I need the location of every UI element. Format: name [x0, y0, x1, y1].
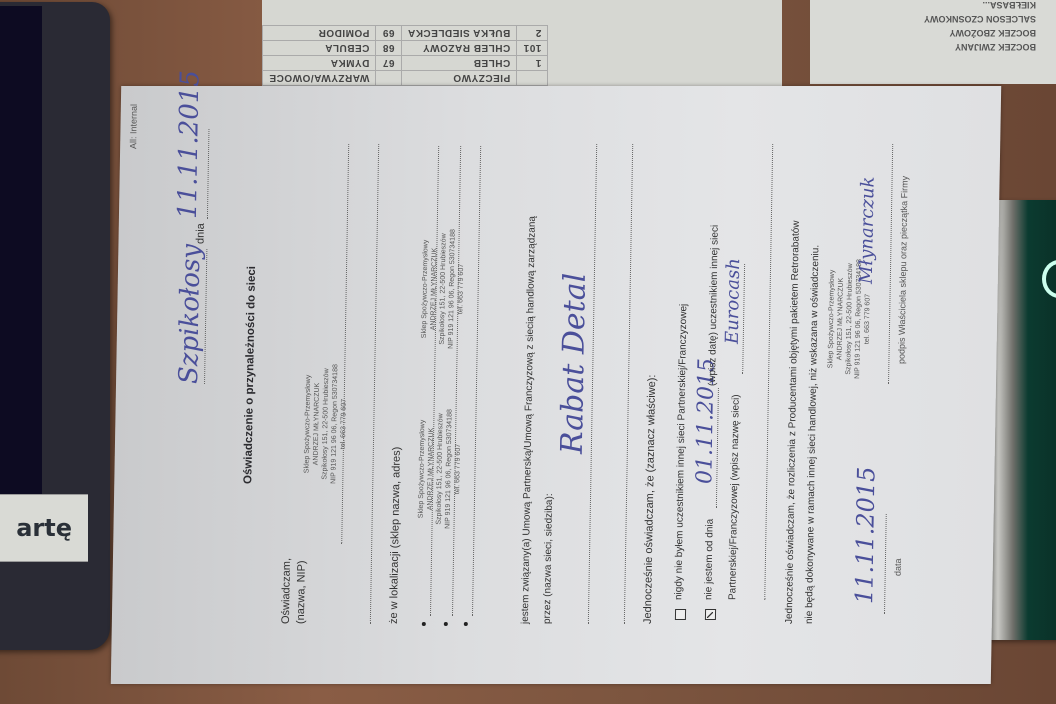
place-handwritten: Szpikołosy [174, 244, 206, 384]
signature-line [888, 144, 893, 384]
declaration-document: All: Internal Szpikołosy dnia 11.11.2015… [111, 86, 1001, 684]
settlement-text: Jednocześnie oświadczam, że rozliczenia … [784, 220, 802, 624]
network-handwritten: Rabat Detal [555, 273, 593, 454]
table-row: 1 CHLEB 67 DYMKA [263, 56, 548, 71]
since-network-handwritten: Eurocash [722, 258, 744, 344]
date-prefix: dnia [194, 223, 206, 244]
footer-date-line [884, 514, 887, 614]
bullet-3 [464, 622, 468, 626]
corner-label: All: Internal [128, 104, 139, 149]
table-row: 101 CHLEB RAZOWY 68 CEBULA [263, 41, 548, 56]
device-logo-icon [1042, 260, 1056, 298]
since-network-label: Partnerskiej/Franczyzowej (wpisz nazwę s… [727, 394, 742, 600]
price-list-header: WARZYWA/OWOCE [263, 71, 376, 86]
declare-line-2 [370, 144, 379, 624]
date-line [207, 129, 210, 219]
never-member-label: nigdy nie byłem uczestnikiem innej sieci… [673, 304, 689, 600]
background-product-list: BOCZEK ZWIJANY BOCZEK ZBOŻOWY SALCESON C… [810, 0, 1056, 84]
price-list-table: PIECZYWO WARZYWA/OWOCE 1 CHLEB 67 DYMKA … [262, 25, 548, 86]
signature-label: podpis Właściciela sklepu oraz pieczątka… [896, 176, 909, 364]
agreement-subtext: przez (nazwa sieci, siedziba): [542, 493, 555, 624]
terminal-sticker: artę [0, 494, 88, 562]
not-member-since-label: nie jestem od dnia [703, 519, 715, 600]
location-line-3 [472, 146, 481, 616]
document-title: Oświadczenie o przynależności do sieci [242, 266, 258, 484]
product-list-rows: BOCZEK ZWIJANY BOCZEK ZBOŻOWY SALCESON C… [924, 0, 1036, 54]
document-page: All: Internal Szpikołosy dnia 11.11.2015… [111, 86, 1001, 684]
location-stamp: Sklep Spożywczo-Przemysłowy ANDRZEJ MŁYN… [416, 394, 464, 544]
owner-signature: Młynarczuk [856, 177, 879, 284]
declare-sublabel: (nazwa, NIP) [295, 560, 308, 624]
bullet-1 [422, 622, 426, 626]
declare-label: Oświadczam, [280, 558, 293, 624]
also-declare-label: Jednocześnie oświadczam, że (zaznacz wła… [642, 375, 658, 624]
never-member-checkbox[interactable] [675, 609, 686, 620]
footer-date-handwritten: 11.11.2015 [850, 467, 880, 604]
footer-date-label: data [893, 558, 903, 576]
sticker-text: artę [16, 514, 72, 542]
location-label: że w lokalizacji (sklep nazwa, adres) [388, 447, 403, 624]
price-list-header: PIECZYWO [401, 71, 517, 86]
network-line-2 [624, 144, 633, 624]
card-terminal-device: artę [0, 2, 110, 650]
not-member-since-checkbox[interactable] [705, 609, 716, 620]
background-price-list: PIECZYWO WARZYWA/OWOCE 1 CHLEB 67 DYMKA … [262, 0, 782, 86]
date-handwritten: 11.11.2015 [173, 70, 206, 219]
terminal-screen [0, 6, 42, 501]
table-row: 2 BUŁKA SIEDLECKA 69 POMIDOR [263, 26, 548, 41]
since-extra-line [764, 144, 773, 600]
agreement-text: jestem związany(a) Umową Partnerską/Umow… [520, 216, 538, 624]
location-stamp-2: Sklep Spożywczo-Przemysłowy ANDRZEJ MŁYN… [419, 214, 467, 364]
settlement-subtext: nie będą dokonywane w ramach innej sieci… [804, 245, 822, 624]
bullet-2 [444, 622, 448, 626]
